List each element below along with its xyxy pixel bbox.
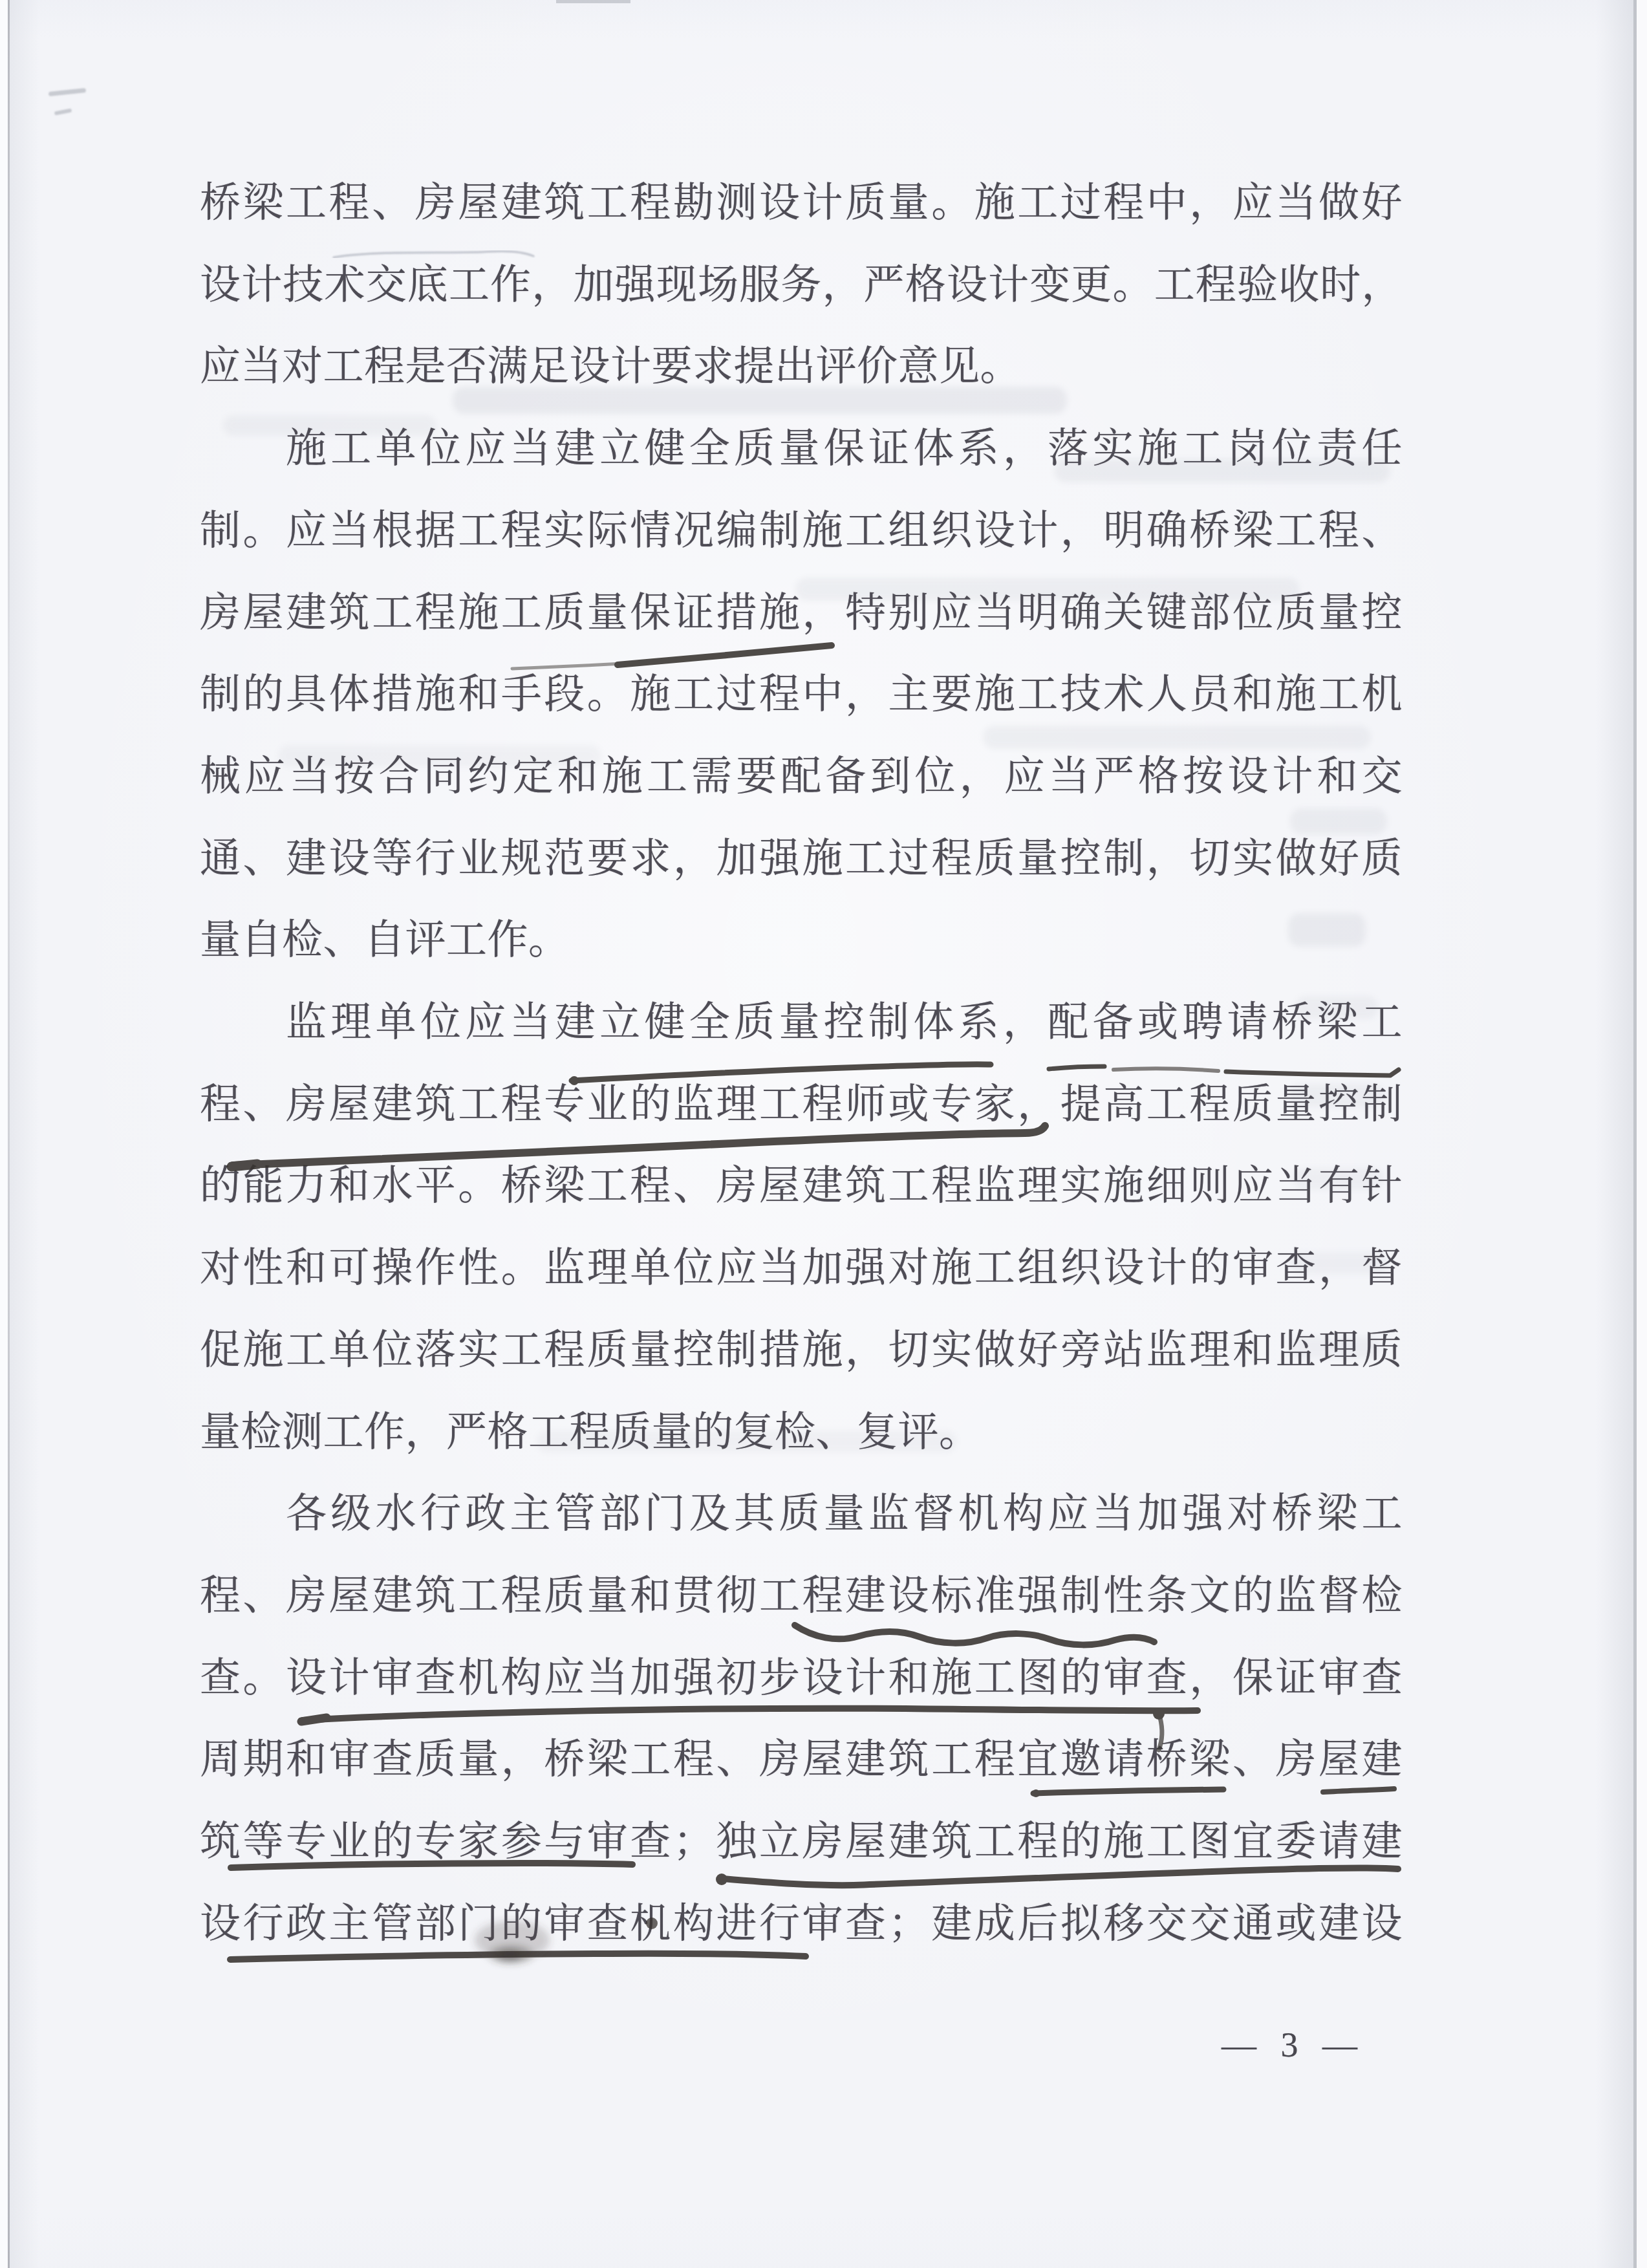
scan-right-shadow <box>1596 0 1633 2268</box>
handwritten-underline <box>230 1954 806 1960</box>
wavy-underline <box>795 1625 1154 1645</box>
text-line: 量检测工作，严格工程质量的复检、复评。 <box>200 1410 1403 1457</box>
text-line: 周期和审查质量，桥梁工程、房屋建筑工程宜邀请桥梁、房屋建 <box>200 1738 1403 1784</box>
text-line: 设行政主管部门的审查机构进行审查；建成后拟移交交通或建设 <box>200 1902 1403 1949</box>
page-number: — 3 — <box>1216 2025 1371 2064</box>
text-line: 制的具体措施和手段。施工过程中，主要施工技术人员和施工机 <box>200 673 1403 719</box>
handwritten-underline <box>723 1868 1398 1885</box>
text-line: 桥梁工程、房屋建筑工程勘测设计质量。施工过程中，应当做好 <box>200 181 1403 228</box>
handwritten-underline <box>1033 1789 1223 1793</box>
text-line: 对性和可操作性。监理单位应当加强对施工组织设计的审查，督 <box>200 1246 1403 1293</box>
handwritten-underline <box>572 1064 991 1081</box>
text-line: 械应当按合同约定和施工需要配备到位，应当严格按设计和交 <box>200 755 1403 801</box>
handwritten-underline <box>303 1709 1198 1720</box>
handwritten-underline <box>1323 1789 1394 1792</box>
text-line: 设计技术交底工作，加强现场服务，严格设计变更。工程验收时， <box>200 263 1403 310</box>
pencil-scratch <box>334 251 533 257</box>
scan-left-shadow <box>10 0 39 2268</box>
text-line: 制。应当根据工程实际情况编制施工组织设计，明确桥梁工程、 <box>200 509 1403 556</box>
bleed-through-mark <box>983 726 1371 749</box>
text-line: 房屋建筑工程施工质量保证措施，特别应当明确关键部位质量控 <box>200 591 1403 638</box>
text-line: 各级水行政主管部门及其质量监督机构应当加强对桥梁工 <box>200 1492 1403 1539</box>
text-line: 的能力和水平。桥梁工程、房屋建筑工程监理实施细则应当有针 <box>200 1164 1403 1211</box>
scan-top-mark <box>556 0 630 3</box>
ink-dot <box>1032 1789 1040 1797</box>
page-left-edge <box>8 0 10 2268</box>
paper-scuff-mark <box>54 108 72 115</box>
handwritten-underline <box>1049 1066 1104 1069</box>
text-line: 量自检、自评工作。 <box>200 918 1403 965</box>
scanner-right-strip <box>1637 0 1647 2268</box>
text-line: 筑等专业的专家参与审查；独立房屋建筑工程的施工图宜委请建 <box>200 1820 1403 1866</box>
paper-scuff-mark <box>48 88 86 96</box>
handwritten-underline <box>512 664 622 669</box>
text-line: 查。设计审查机构应当加强初步设计和施工图的审查，保证审查 <box>200 1656 1403 1703</box>
text-line: 施工单位应当建立健全质量保证体系，落实施工岗位责任 <box>200 427 1403 473</box>
bleed-through-mark <box>1290 808 1387 834</box>
handwritten-underline <box>1226 1070 1399 1075</box>
text-line: 程、房屋建筑工程专业的监理工程师或专家，提高工程质量控制 <box>200 1083 1403 1129</box>
handwritten-underline <box>233 1126 1045 1165</box>
text-line: 通、建设等行业规范要求，加强施工过程质量控制，切实做好质 <box>200 837 1403 883</box>
ink-taper <box>301 1718 327 1722</box>
text-line: 程、房屋建筑工程质量和贯彻工程建设标准强制性条文的监督检 <box>200 1574 1403 1621</box>
handwritten-underline <box>1114 1068 1218 1071</box>
scanner-left-strip <box>0 0 8 2268</box>
text-line: 监理单位应当建立健全质量控制体系，配备或聘请桥梁工 <box>200 1000 1403 1047</box>
ink-dot <box>1153 1708 1165 1720</box>
text-line: 促施工单位落实工程质量控制措施，切实做好旁站监理和监理质 <box>200 1328 1403 1375</box>
ink-dot <box>716 1874 727 1885</box>
text-line: 应当对工程是否满足设计要求提出评价意见。 <box>200 345 1403 391</box>
handwritten-underline <box>618 645 832 665</box>
scanned-document-page: 桥梁工程、房屋建筑工程勘测设计质量。施工过程中，应当做好 设计技术交底工作，加强… <box>0 0 1647 2268</box>
